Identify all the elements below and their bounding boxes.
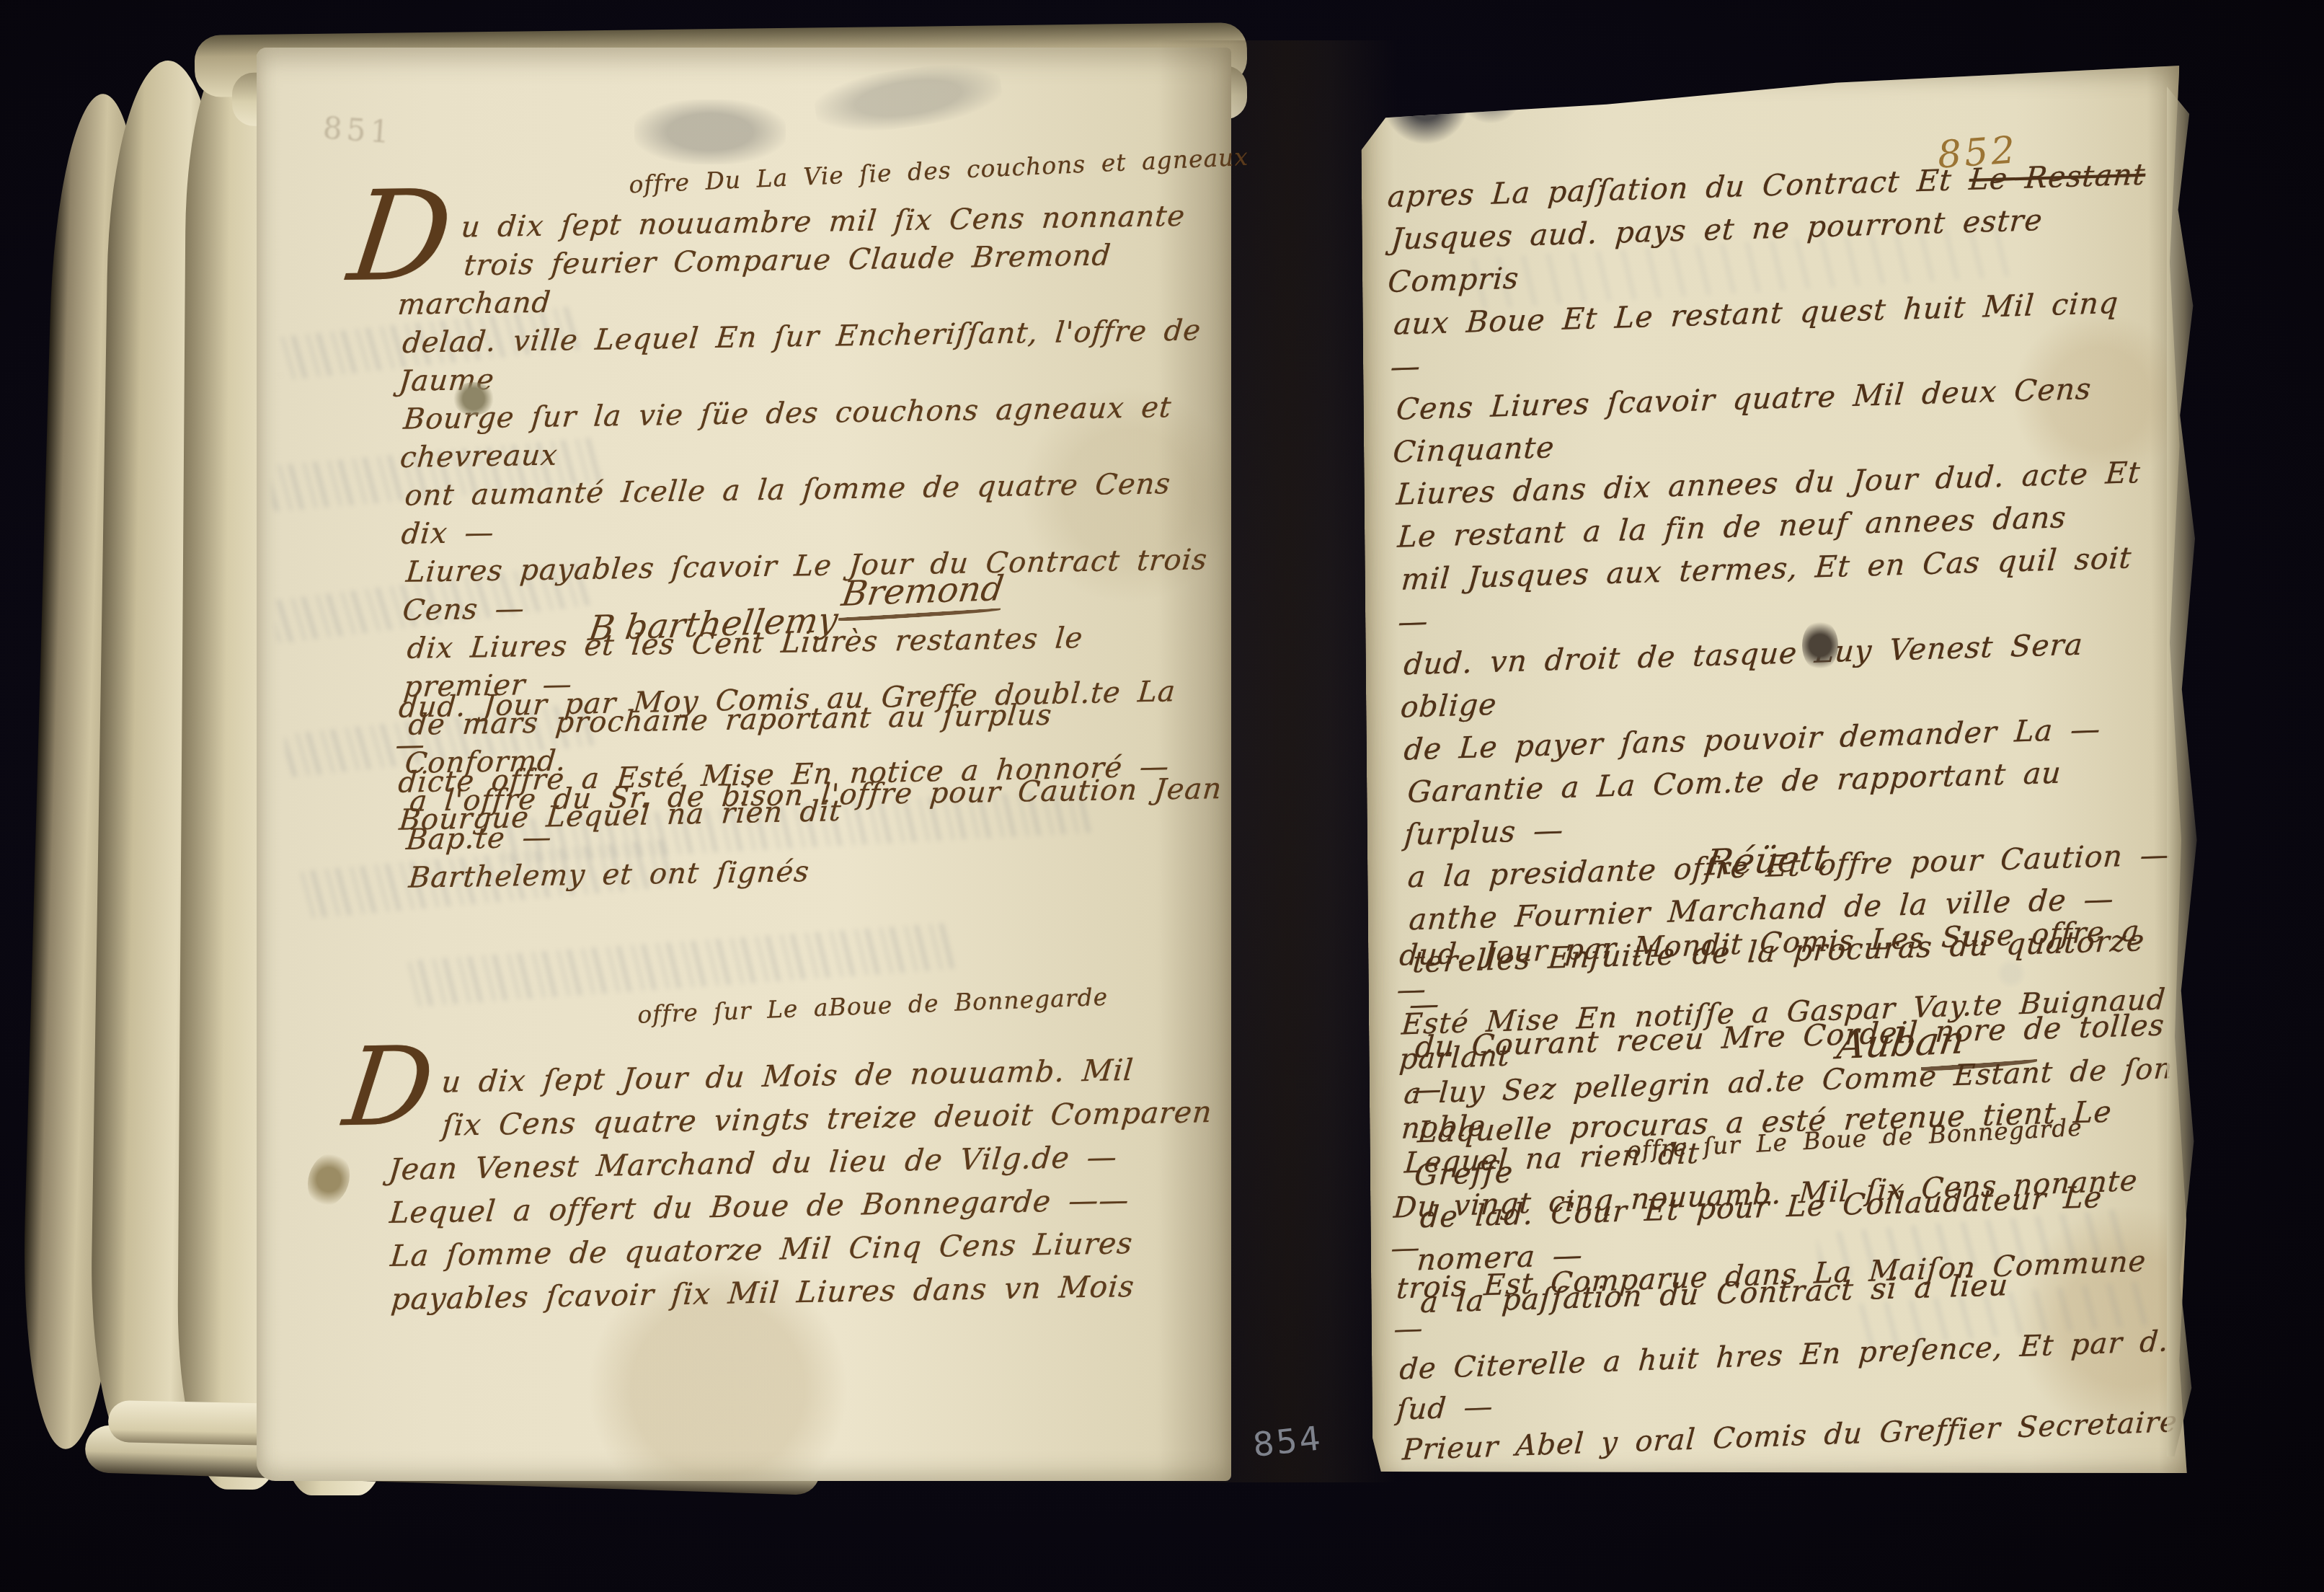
signature-bremond: Bremond (838, 568, 1006, 620)
left-paragraph-bonnegarde: D u dix ſept Jour du Mois de nouuamb. Mi… (387, 1047, 1220, 1321)
ink-blot (453, 382, 494, 415)
ink-page-number: 852 (1936, 128, 2019, 177)
manuscript-line: ont aumanté Icelle a la ſomme de quatre … (399, 464, 1220, 554)
signature-reuett: Réüett (1703, 836, 1832, 883)
right-page-deckle-edge (2167, 87, 2204, 1456)
left-paragraph-registration: dud. Jour par Moy Comis au Greffe doubl.… (396, 672, 1214, 839)
grey-smudge (634, 99, 786, 164)
signature-auban: Auban (1834, 1014, 2044, 1074)
manuscript-line: Bourge ſur la vie ſüe des couchons agnea… (399, 388, 1220, 477)
manuscript-photo: apres La paſſation du Contract Et Le Res… (0, 0, 2324, 1592)
ink-smudge (1802, 620, 1838, 671)
manuscript-line: delad. ville Lequel En ſur Encheriſſant,… (397, 311, 1218, 401)
right-page: apres La paſſation du Contract Et Le Res… (1361, 66, 2192, 1480)
manuscript-line: trois feurier Comparue Claude Bremond ma… (396, 235, 1218, 324)
manuscript-line: de lad. Cour Jean Bap.te Buignaud Bourge… (1401, 1482, 2185, 1592)
paragraph-lines: u dix ſept Jour du Mois de nouuamb. Milſ… (387, 1047, 1220, 1321)
right-paragraph-bonnegarde: Du vingt cinq nouuamb. Mil ſix Cens nona… (1391, 1159, 2183, 1591)
faint-page-number: 851 (321, 110, 394, 151)
paper-flaw (1997, 959, 2026, 988)
pencil-page-number: 854 (1251, 1418, 1324, 1464)
